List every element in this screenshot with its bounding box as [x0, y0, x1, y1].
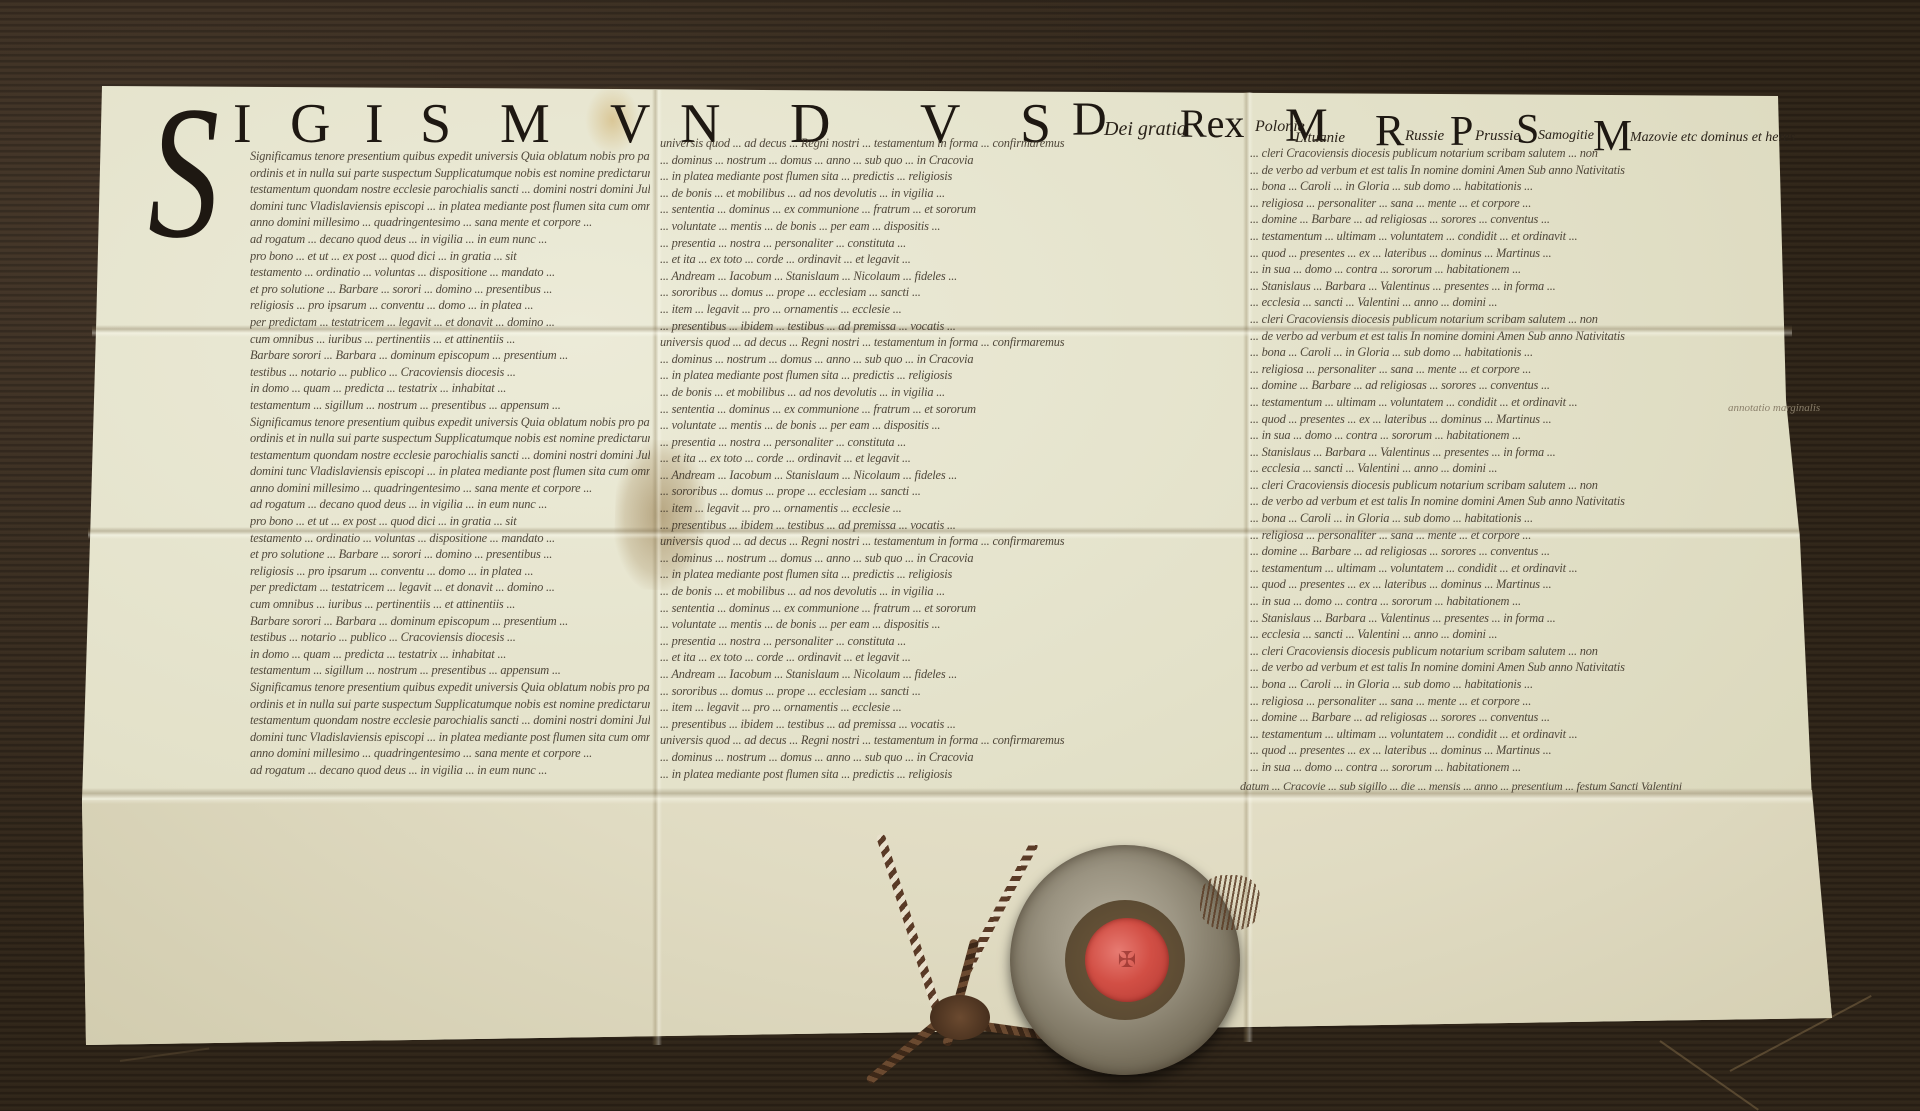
- text-line: ... et ita ... ex toto ... corde ... ord…: [660, 450, 1240, 467]
- text-line: ... domine ... Barbare ... ad religiosas…: [1250, 543, 1740, 560]
- text-line: ad rogatum ... decano quod deus ... in v…: [250, 231, 650, 248]
- text-line: cum omnibus ... iuribus ... pertinentiis…: [250, 596, 650, 613]
- text-line: ... de verbo ad verbum et est talis In n…: [1250, 659, 1740, 676]
- heading-prussie: Prussie: [1475, 128, 1520, 145]
- margin-note: annotatio marginalis: [1728, 402, 1820, 414]
- text-line: ... de bonis ... et mobilibus ... ad nos…: [660, 384, 1240, 401]
- text-line: pro bono ... et ut ... ex post ... quod …: [250, 513, 650, 530]
- text-line: ... de verbo ad verbum et est talis In n…: [1250, 162, 1740, 179]
- text-line: pro bono ... et ut ... ex post ... quod …: [250, 248, 650, 265]
- text-line: ordinis et in nulla sui parte suspectum …: [250, 696, 650, 713]
- text-line: ... Andream ... Iacobum ... Stanislaum .…: [660, 467, 1240, 484]
- text-line: ... cleri Cracoviensis diocesis publicum…: [1250, 311, 1740, 328]
- cord-tassel: [1200, 875, 1260, 930]
- text-line: ... in sua ... domo ... contra ... soror…: [1250, 759, 1740, 776]
- text-line: testamento ... ordinatio ... voluntas ..…: [250, 264, 650, 281]
- text-line: ... in platea mediante post flumen sita …: [660, 168, 1240, 185]
- text-line: ... de verbo ad verbum et est talis In n…: [1250, 493, 1740, 510]
- text-line: ... cleri Cracoviensis diocesis publicum…: [1250, 643, 1740, 660]
- text-line: domini tunc Vladislaviensis episcopi ...…: [250, 729, 650, 746]
- text-line: ... in sua ... domo ... contra ... soror…: [1250, 261, 1740, 278]
- text-line: ... voluntate ... mentis ... de bonis ..…: [660, 218, 1240, 235]
- wax-seal-skippet: ✠: [1010, 845, 1240, 1075]
- text-line: ... Stanislaus ... Barbara ... Valentinu…: [1250, 610, 1740, 627]
- text-line: universis quod ... ad decus ... Regni no…: [660, 334, 1240, 351]
- text-line: ... sententia ... dominus ... ex communi…: [660, 401, 1240, 418]
- text-line: ... Andream ... Iacobum ... Stanislaum .…: [660, 268, 1240, 285]
- text-line: universis quod ... ad decus ... Regni no…: [660, 135, 1240, 152]
- text-line: ... religiosa ... personaliter ... sana …: [1250, 195, 1740, 212]
- heading-letter: G: [290, 92, 334, 156]
- text-line: ... dominus ... nostrum ... domus ... an…: [660, 550, 1240, 567]
- text-line: ... ecclesia ... sancti ... Valentini ..…: [1250, 626, 1740, 643]
- text-line: ... sententia ... dominus ... ex communi…: [660, 201, 1240, 218]
- text-line: in domo ... quam ... predicta ... testat…: [250, 646, 650, 663]
- text-line: testibus ... notario ... publico ... Cra…: [250, 364, 650, 381]
- text-line: ... dominus ... nostrum ... domus ... an…: [660, 749, 1240, 766]
- text-line: ... de verbo ad verbum et est talis In n…: [1250, 328, 1740, 345]
- text-line: ... dominus ... nostrum ... domus ... an…: [660, 351, 1240, 368]
- text-line: testamentum quondam nostre ecclesie paro…: [250, 181, 650, 198]
- text-line: Significamus tenore presentium quibus ex…: [250, 148, 650, 165]
- text-line: ... ecclesia ... sancti ... Valentini ..…: [1250, 294, 1740, 311]
- text-line: Barbare sorori ... Barbara ... dominum e…: [250, 613, 650, 630]
- text-line: anno domini millesimo ... quadringentesi…: [250, 745, 650, 762]
- seal-recess: ✠: [1065, 900, 1185, 1020]
- text-line: testamento ... ordinatio ... voluntas ..…: [250, 530, 650, 547]
- text-line: ... religiosa ... personaliter ... sana …: [1250, 361, 1740, 378]
- heading-letter: I: [233, 92, 256, 156]
- text-line: ... presentibus ... ibidem ... testibus …: [660, 716, 1240, 733]
- text-line: ... presentia ... nostra ... personalite…: [660, 434, 1240, 451]
- heading-russie: Russie: [1405, 128, 1444, 145]
- text-line: ... Stanislaus ... Barbara ... Valentinu…: [1250, 278, 1740, 295]
- text-line: ... cleri Cracoviensis diocesis publicum…: [1250, 477, 1740, 494]
- text-line: ... testamentum ... ultimam ... voluntat…: [1250, 560, 1740, 577]
- text-line: ... de bonis ... et mobilibus ... ad nos…: [660, 185, 1240, 202]
- text-line: ... bona ... Caroli ... in Gloria ... su…: [1250, 178, 1740, 195]
- text-line: universis quod ... ad decus ... Regni no…: [660, 732, 1240, 749]
- text-line: religiosis ... pro ipsarum ... conventu …: [250, 297, 650, 314]
- heading-letter: I: [365, 92, 388, 156]
- text-line: testamentum quondam nostre ecclesie paro…: [250, 712, 650, 729]
- text-line: ... Andream ... Iacobum ... Stanislaum .…: [660, 666, 1240, 683]
- text-line: domini tunc Vladislaviensis episcopi ...…: [250, 198, 650, 215]
- text-line: ... quod ... presentes ... ex ... lateri…: [1250, 742, 1740, 759]
- text-line: ... presentia ... nostra ... personalite…: [660, 633, 1240, 650]
- text-line: anno domini millesimo ... quadringentesi…: [250, 480, 650, 497]
- text-panel-right: ... cleri Cracoviensis diocesis publicum…: [1250, 145, 1740, 785]
- text-line: ... et ita ... ex toto ... corde ... ord…: [660, 251, 1240, 268]
- text-line: ordinis et in nulla sui parte suspectum …: [250, 165, 650, 182]
- initial-letter-s: S: [148, 78, 219, 268]
- text-line: domini tunc Vladislaviensis episcopi ...…: [250, 463, 650, 480]
- text-line: ... voluntate ... mentis ... de bonis ..…: [660, 417, 1240, 434]
- text-line: ... item ... legavit ... pro ... ornamen…: [660, 500, 1240, 517]
- text-line: ... sententia ... dominus ... ex communi…: [660, 600, 1240, 617]
- text-line: ... testamentum ... ultimam ... voluntat…: [1250, 394, 1740, 411]
- text-line: et pro solutione ... Barbare ... sorori …: [250, 546, 650, 563]
- text-line: ... voluntate ... mentis ... de bonis ..…: [660, 616, 1240, 633]
- text-line: ... quod ... presentes ... ex ... lateri…: [1250, 576, 1740, 593]
- text-line: ... testamentum ... ultimam ... voluntat…: [1250, 228, 1740, 245]
- seal-impression-icon: ✠: [1085, 918, 1169, 1002]
- text-line: ... ecclesia ... sancti ... Valentini ..…: [1250, 460, 1740, 477]
- text-line: ... item ... legavit ... pro ... ornamen…: [660, 699, 1240, 716]
- text-line: ... bona ... Caroli ... in Gloria ... su…: [1250, 510, 1740, 527]
- text-line: ... sororibus ... domus ... prope ... ec…: [660, 284, 1240, 301]
- text-line: ... presentia ... nostra ... personalite…: [660, 235, 1240, 252]
- text-line: ... religiosa ... personaliter ... sana …: [1250, 527, 1740, 544]
- text-line: ... bona ... Caroli ... in Gloria ... su…: [1250, 344, 1740, 361]
- text-line: ... sororibus ... domus ... prope ... ec…: [660, 683, 1240, 700]
- cord-knot: [930, 995, 990, 1040]
- text-line: ... quod ... presentes ... ex ... lateri…: [1250, 411, 1740, 428]
- text-line: ... in sua ... domo ... contra ... soror…: [1250, 593, 1740, 610]
- text-line: testamentum quondam nostre ecclesie paro…: [250, 447, 650, 464]
- heading-letter: V: [610, 92, 654, 156]
- text-line: ... dominus ... nostrum ... domus ... an…: [660, 152, 1240, 169]
- text-line: universis quod ... ad decus ... Regni no…: [660, 533, 1240, 550]
- text-line: Significamus tenore presentium quibus ex…: [250, 414, 650, 431]
- text-line: ... Stanislaus ... Barbara ... Valentinu…: [1250, 444, 1740, 461]
- text-line: per predictam ... testatricem ... legavi…: [250, 314, 650, 331]
- text-line: ... domine ... Barbare ... ad religiosas…: [1250, 211, 1740, 228]
- text-line: ... in platea mediante post flumen sita …: [660, 367, 1240, 384]
- heading-letter: S: [420, 92, 455, 156]
- text-line: Significamus tenore presentium quibus ex…: [250, 679, 650, 696]
- text-line: Barbare sorori ... Barbara ... dominum e…: [250, 347, 650, 364]
- text-line: ad rogatum ... decano quod deus ... in v…: [250, 762, 650, 779]
- text-line: ... cleri Cracoviensis diocesis publicum…: [1250, 145, 1740, 162]
- text-line: ... in platea mediante post flumen sita …: [660, 766, 1240, 783]
- text-panel-left: Significamus tenore presentium quibus ex…: [250, 148, 650, 788]
- text-line: et pro solutione ... Barbare ... sorori …: [250, 281, 650, 298]
- text-line: ... bona ... Caroli ... in Gloria ... su…: [1250, 676, 1740, 693]
- text-line: ... religiosa ... personaliter ... sana …: [1250, 693, 1740, 710]
- text-line: testibus ... notario ... publico ... Cra…: [250, 629, 650, 646]
- text-line: ad rogatum ... decano quod deus ... in v…: [250, 496, 650, 513]
- text-line: religiosis ... pro ipsarum ... conventu …: [250, 563, 650, 580]
- text-line: ... presentibus ... ibidem ... testibus …: [660, 318, 1240, 335]
- text-line: ... quod ... presentes ... ex ... lateri…: [1250, 245, 1740, 262]
- text-line: ... in sua ... domo ... contra ... soror…: [1250, 427, 1740, 444]
- heading-samogitie: Samogitie: [1538, 128, 1594, 144]
- text-line: ... item ... legavit ... pro ... ornamen…: [660, 301, 1240, 318]
- parchment-document: S I G I S M V N D V S D Dei gratia Rex P…: [0, 0, 1920, 1111]
- text-line: ... de bonis ... et mobilibus ... ad nos…: [660, 583, 1240, 600]
- text-line: ordinis et in nulla sui parte suspectum …: [250, 430, 650, 447]
- text-line: testamentum ... sigillum ... nostrum ...…: [250, 397, 650, 414]
- text-line: ... domine ... Barbare ... ad religiosas…: [1250, 377, 1740, 394]
- closing-line: datum ... Cracovie ... sub sigillo ... d…: [1240, 778, 1720, 798]
- text-line: ... et ita ... ex toto ... corde ... ord…: [660, 649, 1240, 666]
- text-line: ... in platea mediante post flumen sita …: [660, 566, 1240, 583]
- text-line: ... domine ... Barbare ... ad religiosas…: [1250, 709, 1740, 726]
- red-wax-seal: ✠: [1085, 918, 1169, 1002]
- text-line: testamentum ... sigillum ... nostrum ...…: [250, 662, 650, 679]
- text-line: ... sororibus ... domus ... prope ... ec…: [660, 483, 1240, 500]
- heading-mazovie: Mazovie etc dominus et heres: [1630, 130, 1795, 146]
- text-line: in domo ... quam ... predicta ... testat…: [250, 380, 650, 397]
- text-line: datum ... Cracovie ... sub sigillo ... d…: [1240, 778, 1720, 795]
- text-line: per predictam ... testatricem ... legavi…: [250, 579, 650, 596]
- text-line: anno domini millesimo ... quadringentesi…: [250, 214, 650, 231]
- heading-letter: M: [500, 92, 554, 156]
- text-panel-middle: universis quod ... ad decus ... Regni no…: [660, 135, 1240, 785]
- text-line: ... presentibus ... ibidem ... testibus …: [660, 517, 1240, 534]
- text-line: ... testamentum ... ultimam ... voluntat…: [1250, 726, 1740, 743]
- text-line: cum omnibus ... iuribus ... pertinentiis…: [250, 331, 650, 348]
